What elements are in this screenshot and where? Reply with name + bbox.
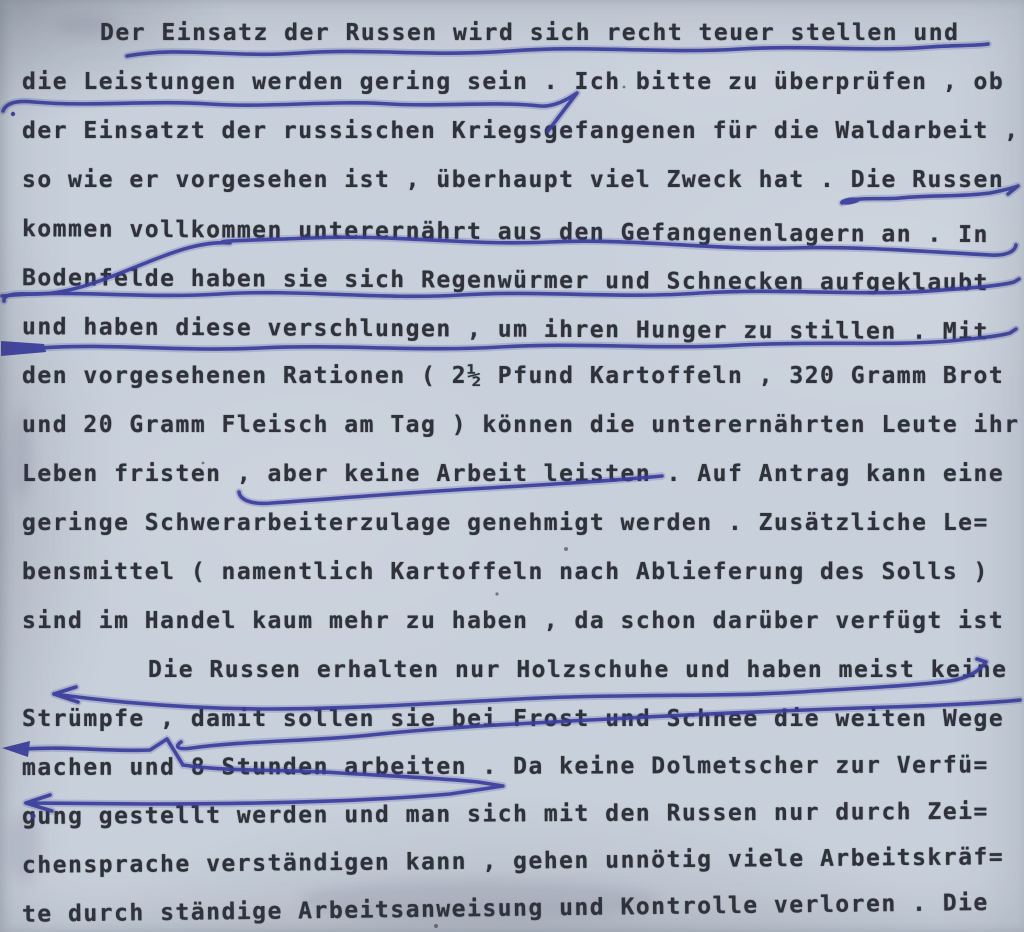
document-line: Strümpfe , damit sollen sie bei Frost un…	[0, 695, 1024, 744]
typewritten-text: Der Einsatz der Russen wird sich recht t…	[0, 9, 1024, 932]
document-line: Bodenfelde haben sie sich Regenwürmer un…	[0, 254, 1024, 308]
document-line: geringe Schwerarbeiterzulage genehmigt w…	[0, 499, 1024, 548]
document-line: kommen vollkommen unterernährt aus den G…	[0, 205, 1024, 260]
document-line: sind im Handel kaum mehr zu haben , da s…	[0, 597, 1024, 646]
document-page: Der Einsatz der Russen wird sich recht t…	[0, 0, 1024, 932]
document-line: Die Russen erhalten nur Holzschuhe und h…	[0, 646, 1024, 695]
document-line: machen und 8 Stunden arbeiten . Da keine…	[0, 741, 1024, 793]
document-line: der Einsatzt der russischen Kriegsgefang…	[0, 107, 1024, 156]
document-line: Der Einsatz der Russen wird sich recht t…	[0, 9, 1024, 58]
document-line: und haben diese verschlungen , um ihren …	[0, 303, 1024, 357]
document-line: Leben fristen , aber keine Arbeit leiste…	[0, 450, 1024, 499]
document-line: den vorgesehenen Rationen ( 2½ Pfund Kar…	[0, 352, 1024, 401]
document-line: die Leistungen werden gering sein . Ich …	[0, 58, 1024, 107]
document-line: so wie er vorgesehen ist , überhaupt vie…	[0, 156, 1024, 205]
document-line: bensmittel ( namentlich Kartoffeln nach …	[0, 548, 1024, 597]
document-line: und 20 Gramm Fleisch am Tag ) können die…	[0, 401, 1024, 450]
